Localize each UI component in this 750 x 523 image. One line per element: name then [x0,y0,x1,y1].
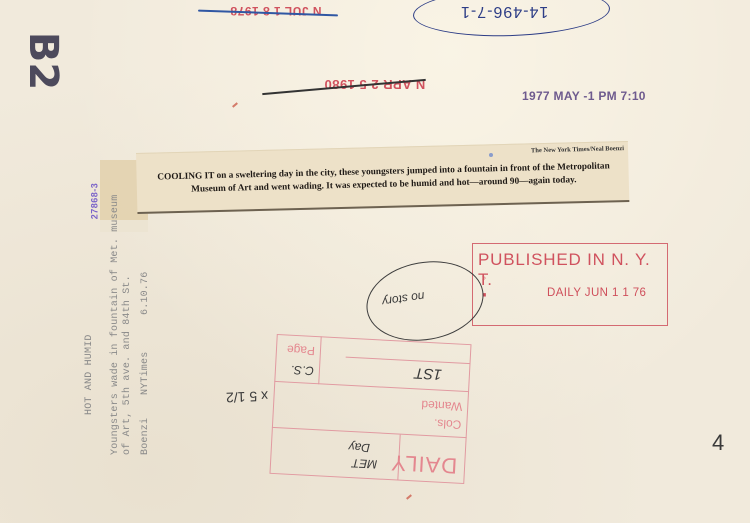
stamp-mark: » [482,275,486,282]
published-stamp-title: PUBLISHED IN N. Y. T. [478,250,667,290]
cols-handwriting: 4 [712,430,724,456]
reference-number-handwriting: 14-496-7-1 [460,2,548,20]
daily-request-form: DAILY Cols. Wanted Page MET Day 1ST C.S. [269,334,471,484]
form-wanted-label: Wanted [421,398,463,414]
form-daily-label: DAILY [390,449,458,478]
form-wanted-value: 1ST [414,364,442,382]
typed-date: 6.10.76 [140,272,151,315]
typed-title: HOT AND HUMID [84,334,95,415]
typed-credit: Boenzi [140,418,151,455]
published-edition: DAILY [547,287,581,299]
typed-line-1: Youngsters wade in fountain of Met. muse… [110,195,121,455]
newspaper-clipping: The New York Times/Neal Boenzi COOLING I… [136,141,629,214]
typed-caption: HOT AND HUMID Youngsters wade in fountai… [28,155,168,455]
published-date: JUN 1 1 76 [585,287,647,299]
form-met-value: MET [351,456,377,471]
form-cols-label: Cols. [434,416,462,431]
size-handwriting: x 5 1/2 [226,388,269,405]
clipping-credit: The New York Times/Neal Boenzi [531,145,624,154]
catalog-handwriting: B2 [20,26,66,96]
clipping-text: on a sweltering day in the city, these y… [191,161,610,194]
form-page-value: C.S. [290,363,314,378]
published-stamp: PUBLISHED IN N. Y. T. » ■ DAILY JUN 1 1 … [472,243,668,326]
date-stamp-may-1977: 1977 MAY -1 PM 7:10 [522,89,646,103]
form-day-value: Day [348,440,370,455]
form-page-label: Page [287,343,316,358]
typed-line-2: of Art, 5th ave. and 84th St. [122,275,133,455]
ink-speck [489,153,493,157]
clipping-caption: COOLING IT on a sweltering day in the ci… [144,160,622,198]
typed-source: NYTimes [140,352,151,395]
published-stamp-date: DAILY JUN 1 1 76 [547,287,646,299]
